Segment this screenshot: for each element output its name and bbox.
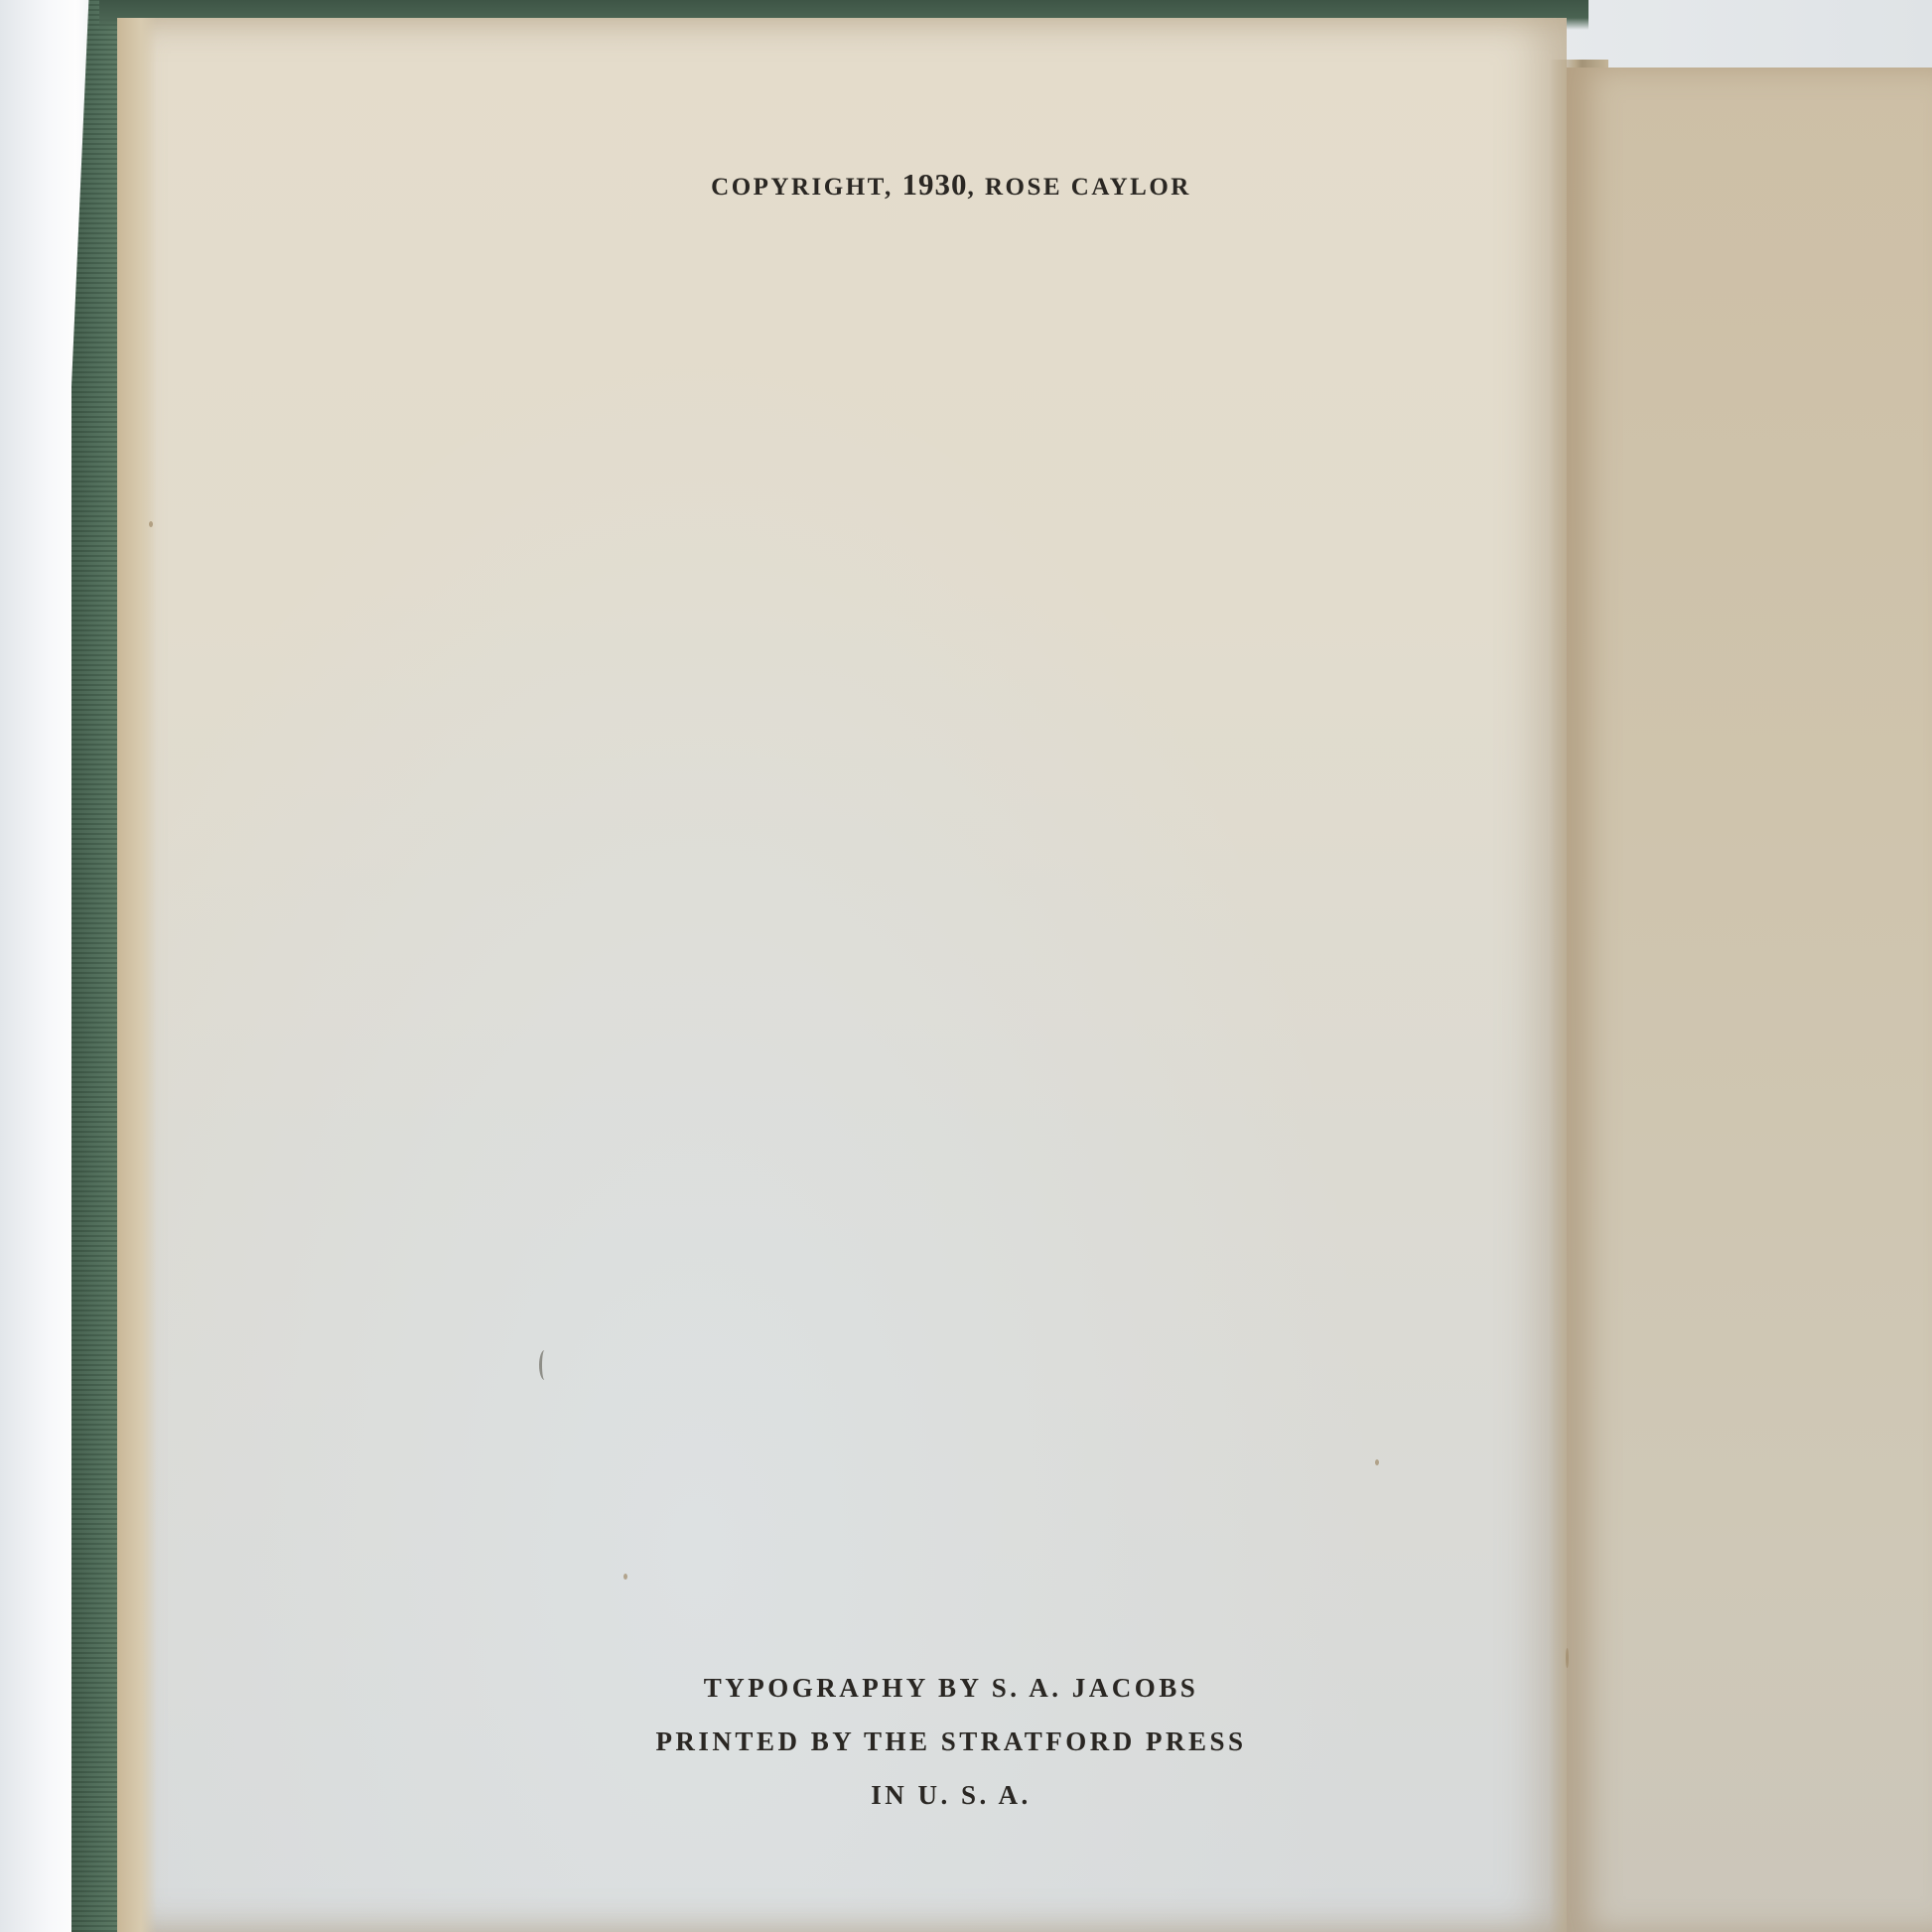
paper-speck <box>623 1574 627 1580</box>
imprint-country: IN U. S. A. <box>117 1768 1785 1822</box>
copyright-year: 1930 <box>901 167 967 202</box>
printer-imprint: TYPOGRAPHY BY S. A. JACOBS PRINTED BY TH… <box>117 1661 1785 1822</box>
imprint-printer: PRINTED BY THE STRATFORD PRESS <box>117 1715 1785 1768</box>
imprint-typography: TYPOGRAPHY BY S. A. JACOBS <box>117 1661 1785 1715</box>
paper-fiber-mark <box>539 1350 550 1380</box>
copyright-holder: , ROSE CAYLOR <box>967 174 1190 201</box>
page-stack-edge <box>117 18 157 1932</box>
right-page <box>1567 68 1932 1932</box>
copyright-notice: COPYRIGHT, 1930, ROSE CAYLOR <box>117 167 1785 203</box>
left-page-copyright <box>117 18 1567 1932</box>
copyright-prefix: COPYRIGHT, <box>711 174 894 201</box>
paper-speck <box>1566 1648 1569 1668</box>
book-photo: COPYRIGHT, 1930, ROSE CAYLOR TYPOGRAPHY … <box>0 0 1932 1932</box>
paper-speck <box>1375 1459 1379 1465</box>
paper-speck <box>149 521 153 527</box>
